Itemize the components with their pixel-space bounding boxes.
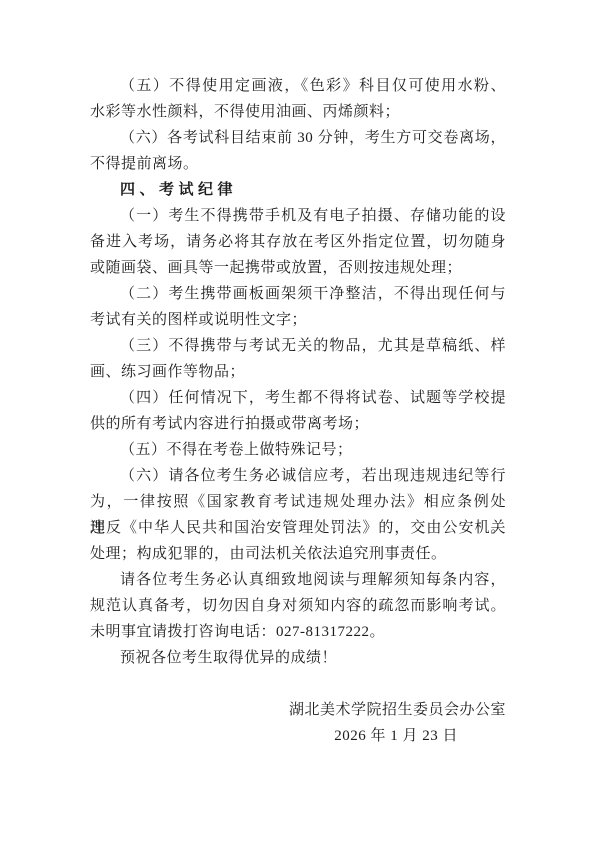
section-heading-exam-discipline: 四、考试纪律 bbox=[90, 177, 506, 203]
document-line: 请各位考生务必认真细致地阅读与理解须知每条内容， bbox=[90, 567, 506, 593]
blank-line bbox=[90, 671, 506, 697]
document-line: 考试有关的图样或说明性文字； bbox=[90, 307, 506, 333]
document-line: （三）不得携带与考试无关的物品，尤其是草稿纸、样 bbox=[90, 333, 506, 359]
document-line: 供的所有考试内容进行拍摄或带离考场； bbox=[90, 411, 506, 437]
document-line: 画、练习画作等物品； bbox=[90, 359, 506, 385]
document-line: 或随画袋、画具等一起携带或放置，否则按违规处理； bbox=[90, 255, 506, 281]
document-line: 水彩等水性颜料，不得使用油画、丙烯颜料； bbox=[90, 99, 506, 125]
signature-date: 2026 年 1 月 23 日 bbox=[90, 723, 506, 749]
document-line: （六）各考试科目结束前 30 分钟，考生方可交卷离场， bbox=[90, 125, 506, 151]
document-line: 违反《中华人民共和国治安管理处罚法》的，交由公安机关 bbox=[90, 515, 506, 541]
document-line: （五）不得使用定画液，《色彩》科目仅可使用水粉、 bbox=[90, 73, 506, 99]
document-body: （五）不得使用定画液，《色彩》科目仅可使用水粉、 水彩等水性颜料，不得使用油画、… bbox=[90, 73, 506, 749]
document-line: （一）考生不得携带手机及有电子拍摄、存储功能的设 bbox=[90, 203, 506, 229]
document-line: 未明事宜请拨打咨询电话：027-81317222。 bbox=[90, 619, 506, 645]
document-line: 预祝各位考生取得优异的成绩！ bbox=[90, 645, 506, 671]
document-line: 处理；构成犯罪的，由司法机关依法追究刑事责任。 bbox=[90, 541, 506, 567]
document-line: 规范认真备考，切勿因自身对须知内容的疏忽而影响考试。 bbox=[90, 593, 506, 619]
signature-organization: 湖北美术学院招生委员会办公室 bbox=[90, 697, 506, 723]
document-line: 为，一律按照《国家教育考试违规处理办法》相应条例处理。 bbox=[90, 489, 506, 515]
document-line: 备进入考场，请务必将其存放在考区外指定位置，切勿随身 bbox=[90, 229, 506, 255]
document-line: 不得提前离场。 bbox=[90, 151, 506, 177]
document-line: （二）考生携带画板画架须干净整洁，不得出现任何与 bbox=[90, 281, 506, 307]
document-page: （五）不得使用定画液，《色彩》科目仅可使用水粉、 水彩等水性颜料，不得使用油画、… bbox=[0, 0, 595, 842]
document-line: （五）不得在考卷上做特殊记号； bbox=[90, 437, 506, 463]
document-line: （六）请各位考生务必诚信应考，若出现违规违纪等行 bbox=[90, 463, 506, 489]
document-line: （四）任何情况下，考生都不得将试卷、试题等学校提 bbox=[90, 385, 506, 411]
